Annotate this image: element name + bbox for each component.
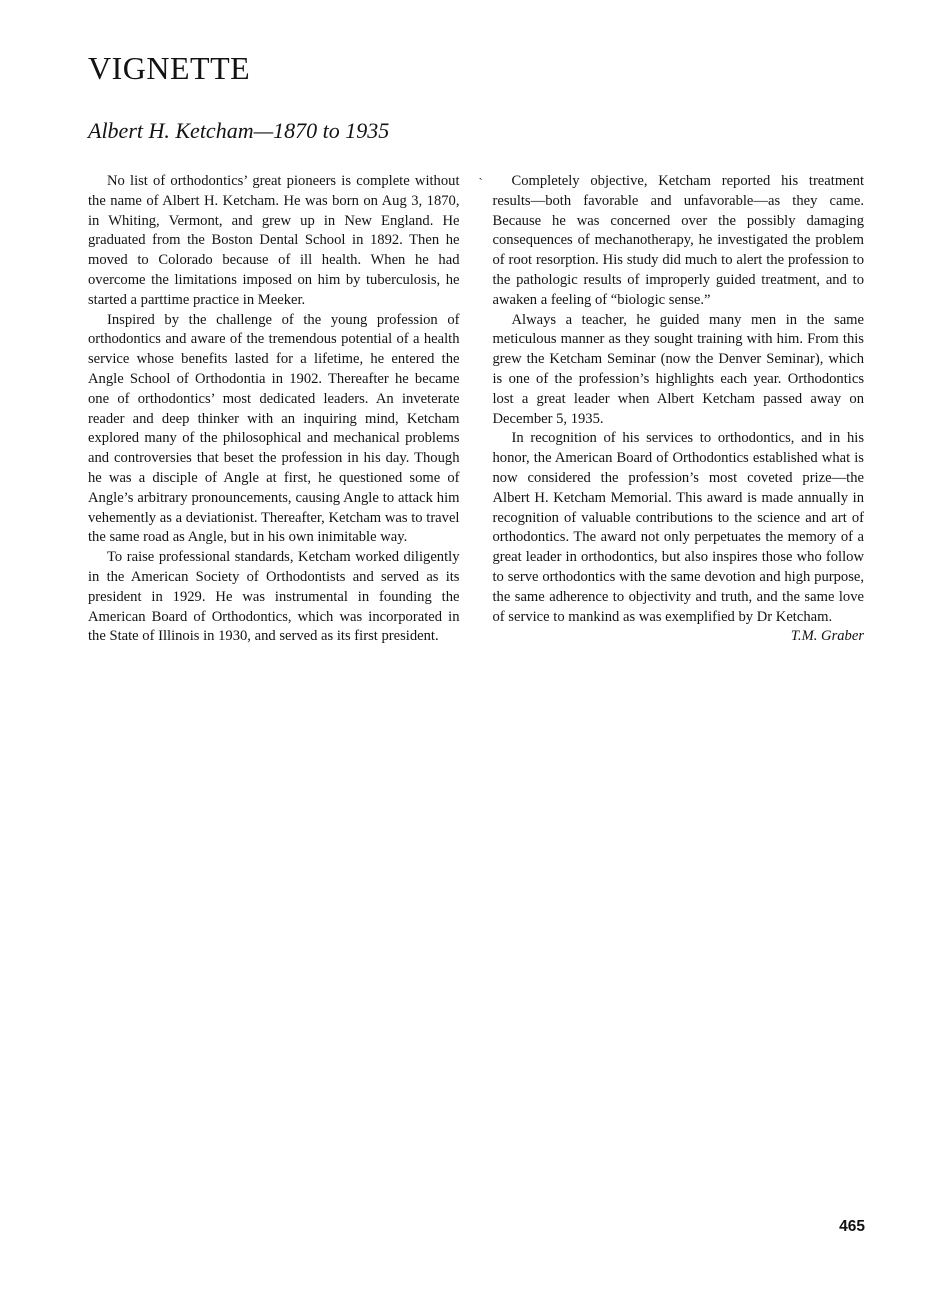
page-title: VIGNETTE xyxy=(88,50,250,87)
left-column: No list of orthodontics’ great pioneers … xyxy=(88,172,460,647)
article-title: Albert H. Ketcham—1870 to 1935 xyxy=(88,118,389,144)
article-body: No list of orthodontics’ great pioneers … xyxy=(88,172,864,647)
paragraph: In recognition of his services to orthod… xyxy=(493,429,865,627)
document-page: VIGNETTE Albert H. Ketcham—1870 to 1935 … xyxy=(0,0,950,1307)
paragraph: No list of orthodontics’ great pioneers … xyxy=(88,172,460,311)
paragraph: Completely objective, Ketcham reported h… xyxy=(493,172,865,311)
right-column: ˋ Completely objective, Ketcham reported… xyxy=(493,172,865,647)
paragraph: Inspired by the challenge of the young p… xyxy=(88,311,460,549)
paragraph: To raise professional standards, Ketcham… xyxy=(88,548,460,647)
paragraph: Always a teacher, he guided many men in … xyxy=(493,311,865,430)
author-signature: T.M. Graber xyxy=(493,627,865,647)
scan-artifact-mark: ˋ xyxy=(479,173,483,193)
page-number: 465 xyxy=(839,1218,865,1236)
